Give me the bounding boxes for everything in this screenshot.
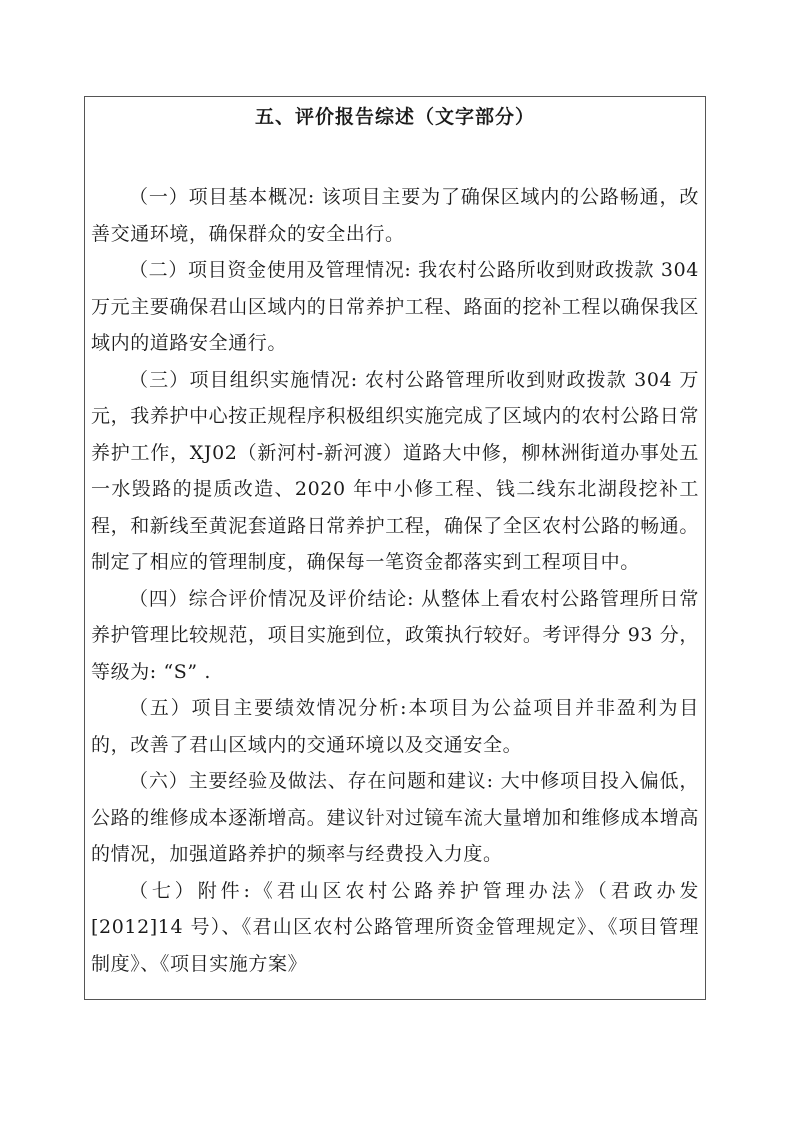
section-2-funding: （二）项目资金使用及管理情况: 我农村公路所收到财政拨款 304 万元主要确保君…: [91, 252, 699, 362]
section-3-implementation: （三）项目组织实施情况: 农村公路管理所收到财政拨款 304 万元，我养护中心按…: [91, 362, 699, 581]
section-7-attachments: （七）附件:《君山区农村公路养护管理办法》（君政办发[2012]14 号）、《君…: [91, 873, 699, 983]
section-1-overview: （一）项目基本概况: 该项目主要为了确保区域内的公路畅通，改善交通环境，确保群众…: [91, 179, 699, 252]
report-summary-box: 五、评价报告综述（文字部分） （一）项目基本概况: 该项目主要为了确保区域内的公…: [84, 96, 706, 1000]
section-5-performance-analysis: （五）项目主要绩效情况分析:本项目为公益项目并非盈利为目的，改善了君山区域内的交…: [91, 690, 699, 763]
section-title: 五、评价报告综述（文字部分）: [85, 105, 705, 129]
report-body: （一）项目基本概况: 该项目主要为了确保区域内的公路畅通，改善交通环境，确保群众…: [91, 179, 699, 982]
section-6-experience-suggestions: （六）主要经验及做法、存在问题和建议: 大中修项目投入偏低，公路的维修成本逐渐增…: [91, 763, 699, 873]
section-4-evaluation-conclusion: （四）综合评价情况及评价结论: 从整体上看农村公路管理所日常养护管理比较规范，项…: [91, 581, 699, 691]
